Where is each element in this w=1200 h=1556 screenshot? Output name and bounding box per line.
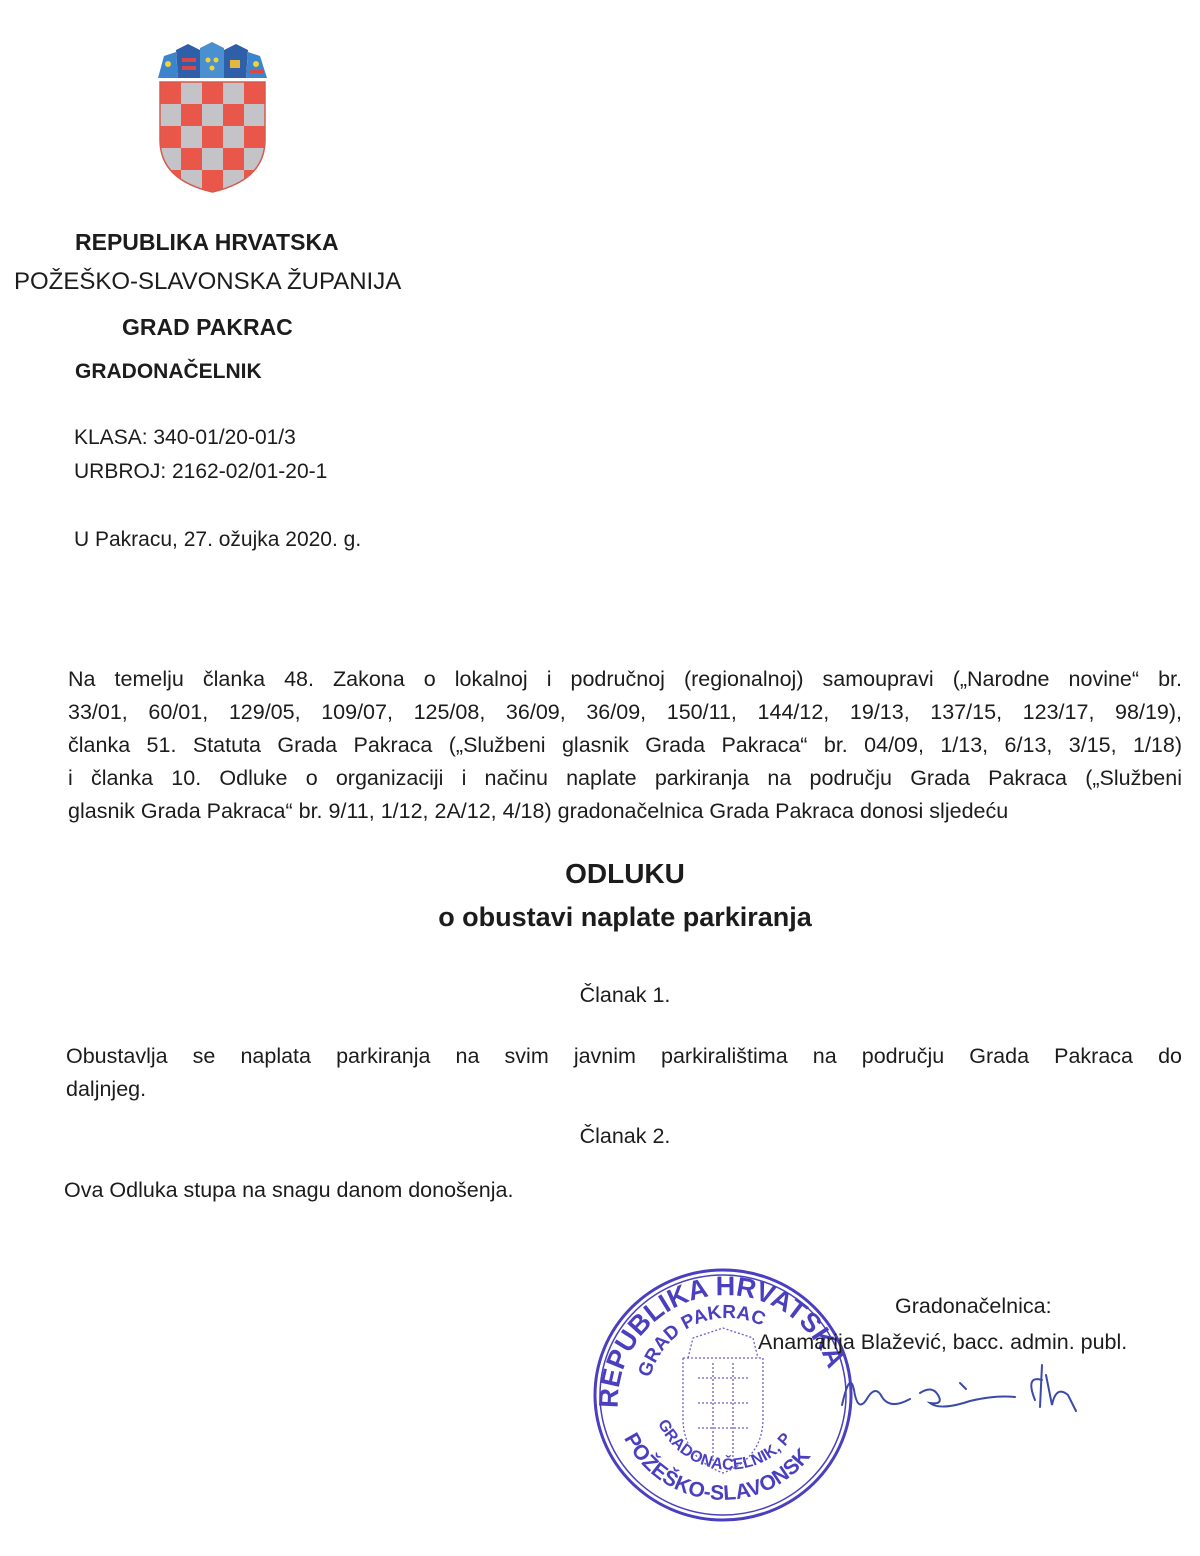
- signatory-title: Gradonačelnica:: [895, 1294, 1052, 1319]
- decision-subtitle: o obustavi naplate parkiranja: [0, 902, 1200, 933]
- preamble-line: 33/01, 60/01, 129/05, 109/07, 125/08, 36…: [68, 696, 1182, 729]
- article-1-line: daljnjeg.: [66, 1073, 1182, 1106]
- article-1-line: Obustavlja se naplata parkiranja na svim…: [66, 1040, 1182, 1073]
- handwritten-signature: [820, 1355, 1100, 1430]
- klasa-number: KLASA: 340-01/20-01/3: [74, 426, 296, 450]
- article-1-body: Obustavlja se naplata parkiranja na svim…: [66, 1040, 1182, 1106]
- header-city: GRAD PAKRAC: [122, 314, 293, 341]
- preamble-line: i članka 10. Odluke o organizaciji i nač…: [68, 762, 1182, 795]
- article-2-body: Ova Odluka stupa na snagu danom donošenj…: [64, 1178, 513, 1203]
- header-office: GRADONAČELNIK: [75, 360, 262, 384]
- header-county: POŽEŠKO-SLAVONSKA ŽUPANIJA: [14, 268, 401, 296]
- croatian-coat-of-arms-icon: [150, 40, 275, 195]
- header-republic: REPUBLIKA HRVATSKA: [75, 229, 339, 256]
- official-stamp: REPUBLIKA HRVATSKA GRAD PAKRAC GRADONAČE…: [588, 1258, 858, 1528]
- urbroj-number: URBROJ: 2162-02/01-20-1: [74, 460, 327, 484]
- preamble-line: Na temelju članka 48. Zakona o lokalnoj …: [68, 663, 1182, 696]
- article-2-heading: Članak 2.: [0, 1124, 1200, 1149]
- signatory-name: Anamarija Blažević, bacc. admin. publ.: [758, 1330, 1127, 1355]
- preamble-line: glasnik Grada Pakraca“ br. 9/11, 1/12, 2…: [68, 795, 1182, 828]
- decision-title: ODLUKU: [0, 858, 1200, 890]
- preamble-paragraph: Na temelju članka 48. Zakona o lokalnoj …: [68, 663, 1182, 828]
- preamble-line: članka 51. Statuta Grada Pakraca („Služb…: [68, 729, 1182, 762]
- article-1-heading: Članak 1.: [0, 983, 1200, 1008]
- place-date: U Pakracu, 27. ožujka 2020. g.: [74, 528, 361, 552]
